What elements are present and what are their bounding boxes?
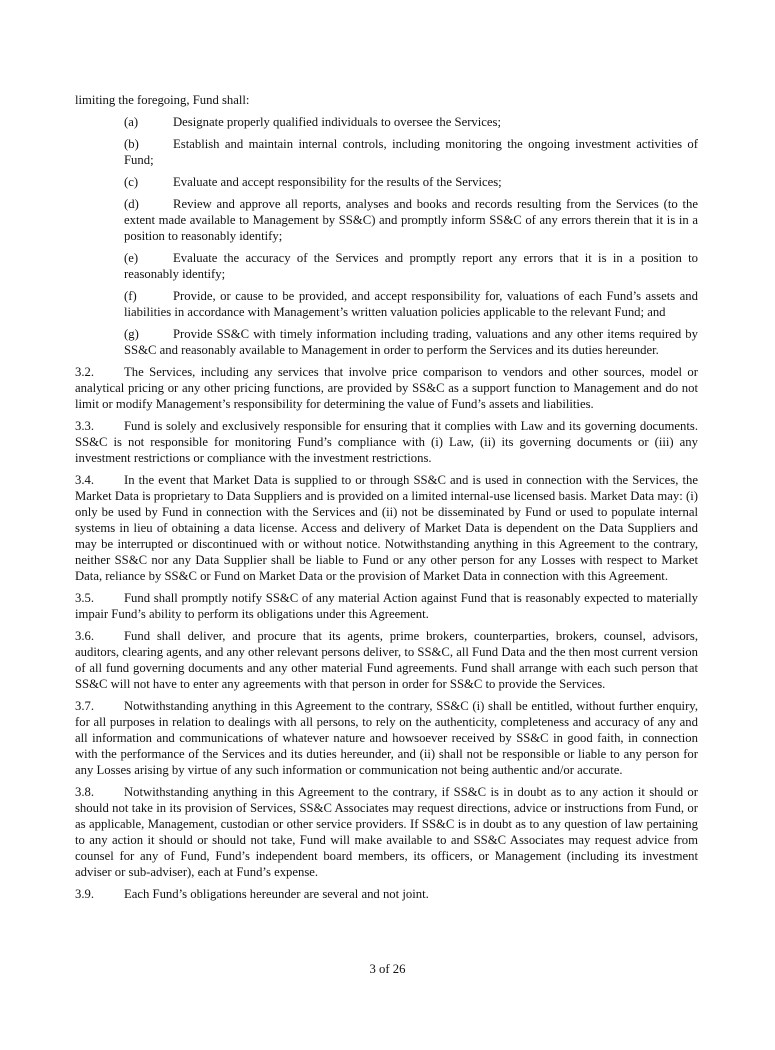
list-item-d: (d)Review and approve all reports, analy… <box>124 196 698 244</box>
section-3-6: 3.6.Fund shall deliver, and procure that… <box>75 628 698 692</box>
section-3-7: 3.7.Notwithstanding anything in this Agr… <box>75 698 698 778</box>
section-text: Fund is solely and exclusively responsib… <box>75 419 698 465</box>
section-number: 3.4. <box>75 472 124 488</box>
list-label: (a) <box>124 114 173 130</box>
section-number: 3.7. <box>75 698 124 714</box>
section-number: 3.8. <box>75 784 124 800</box>
section-text: In the event that Market Data is supplie… <box>75 473 698 583</box>
section-number: 3.9. <box>75 886 124 902</box>
intro-text: limiting the foregoing, Fund shall: <box>75 92 698 108</box>
document-page: limiting the foregoing, Fund shall: (a)D… <box>75 92 698 908</box>
list-text: Provide, or cause to be provided, and ac… <box>124 289 698 319</box>
section-3-5: 3.5.Fund shall promptly notify SS&C of a… <box>75 590 698 622</box>
section-3-4: 3.4.In the event that Market Data is sup… <box>75 472 698 584</box>
list-item-b: (b)Establish and maintain internal contr… <box>124 136 698 168</box>
list-text: Evaluate and accept responsibility for t… <box>173 175 502 189</box>
page-number: 3 of 26 <box>0 962 775 977</box>
list-item-a: (a)Designate properly qualified individu… <box>124 114 698 130</box>
section-3-9: 3.9.Each Fund’s obligations hereunder ar… <box>75 886 698 902</box>
section-text: Each Fund’s obligations hereunder are se… <box>124 887 429 901</box>
section-number: 3.6. <box>75 628 124 644</box>
section-text: Notwithstanding anything in this Agreeme… <box>75 785 698 879</box>
list-label: (e) <box>124 250 173 266</box>
section-3-2: 3.2.The Services, including any services… <box>75 364 698 412</box>
section-3-3: 3.3.Fund is solely and exclusively respo… <box>75 418 698 466</box>
list-item-f: (f)Provide, or cause to be provided, and… <box>124 288 698 320</box>
section-text: Fund shall promptly notify SS&C of any m… <box>75 591 698 621</box>
section-number: 3.5. <box>75 590 124 606</box>
list-text: Establish and maintain internal controls… <box>124 137 698 167</box>
list-text: Review and approve all reports, analyses… <box>124 197 698 243</box>
list-label: (g) <box>124 326 173 342</box>
section-text: Fund shall deliver, and procure that its… <box>75 629 698 691</box>
list-label: (b) <box>124 136 173 152</box>
list-text: Evaluate the accuracy of the Services an… <box>124 251 698 281</box>
section-3-8: 3.8.Notwithstanding anything in this Agr… <box>75 784 698 880</box>
section-text: Notwithstanding anything in this Agreeme… <box>75 699 698 777</box>
section-text: The Services, including any services tha… <box>75 365 698 411</box>
list-item-e: (e)Evaluate the accuracy of the Services… <box>124 250 698 282</box>
list-text: Designate properly qualified individuals… <box>173 115 501 129</box>
list-label: (f) <box>124 288 173 304</box>
list-label: (d) <box>124 196 173 212</box>
list-text: Provide SS&C with timely information inc… <box>124 327 698 357</box>
list-label: (c) <box>124 174 173 190</box>
list-item-g: (g)Provide SS&C with timely information … <box>124 326 698 358</box>
section-number: 3.2. <box>75 364 124 380</box>
section-number: 3.3. <box>75 418 124 434</box>
list-item-c: (c)Evaluate and accept responsibility fo… <box>124 174 698 190</box>
